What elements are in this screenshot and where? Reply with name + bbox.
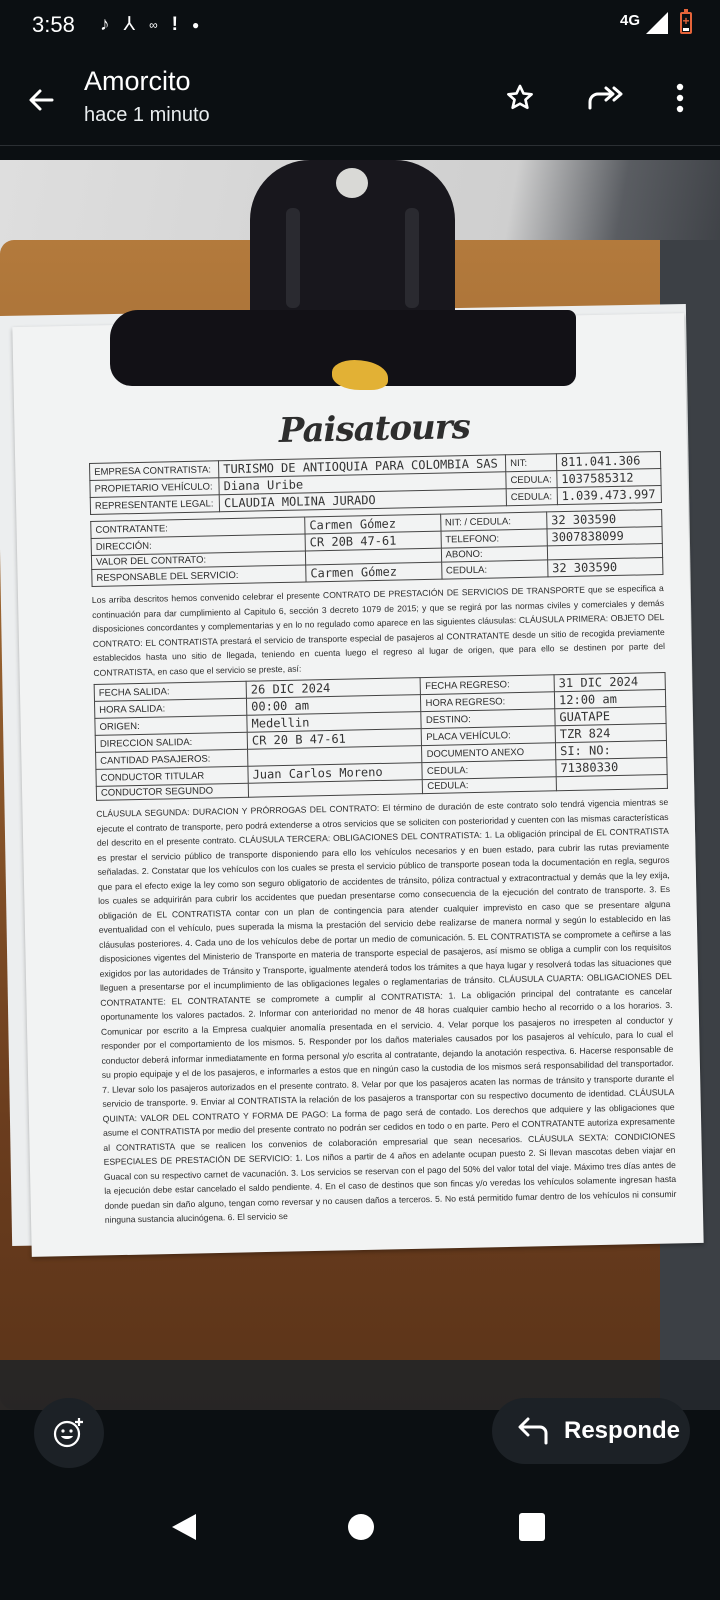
link-icon: ∞ [149, 12, 158, 38]
client-table: CONTRATANTE:Carmen GómezNIT: / CEDULA:32… [90, 509, 663, 587]
more-options-button[interactable] [660, 78, 700, 118]
form-value [556, 774, 667, 790]
battery-icon [680, 12, 692, 34]
notification-icons: ♪ ⅄ ∞ ! ● [100, 12, 199, 38]
add-reaction-icon [52, 1416, 86, 1450]
timestamp: hace 1 minuto [84, 104, 210, 127]
dot-icon: ● [192, 12, 199, 38]
media-viewer-header: Amorcito hace 1 minuto [0, 50, 720, 146]
trip-table: FECHA SALIDA:26 DIC 2024FECHA REGRESO:31… [94, 672, 668, 801]
acrobat-icon: ⅄ [124, 12, 136, 38]
form-label: CEDULA: [506, 488, 557, 506]
navigation-bar [0, 1500, 720, 1560]
signal-icon [646, 12, 668, 34]
form-value: 1.039.473.997 [557, 486, 662, 505]
company-table: EMPRESA CONTRATISTA:TURISMO DE ANTIOQUIA… [89, 451, 662, 515]
reply-button[interactable]: Responde [492, 1398, 690, 1464]
form-label: CEDULA: [423, 777, 557, 794]
reply-icon [516, 1417, 550, 1445]
nav-home-icon[interactable] [348, 1514, 374, 1540]
forward-icon [586, 82, 626, 114]
reply-label: Responde [564, 1417, 680, 1445]
more-vert-icon [674, 82, 686, 114]
back-button[interactable] [22, 80, 62, 120]
forward-button[interactable] [586, 78, 626, 118]
form-value: 811.041.306 [556, 452, 661, 471]
status-bar: 3:58 ♪ ⅄ ∞ ! ● 4G [0, 0, 720, 50]
alert-icon: ! [172, 12, 178, 38]
star-button[interactable] [500, 78, 540, 118]
status-right: 4G [620, 12, 692, 34]
clauses-text: CLÁUSULA SEGUNDA: DURACION Y PRÓRROGAS D… [96, 795, 677, 1227]
contract-document: Paisatours EMPRESA CONTRATISTA:TURISMO D… [88, 403, 677, 1227]
form-value: 1037585312 [557, 469, 662, 488]
network-label: 4G [620, 12, 640, 29]
form-label: CONDUCTOR SEGUNDO [96, 783, 248, 800]
form-label: REPRESENTANTE LEGAL: [90, 495, 219, 515]
intro-text: Los arriba descritos hemos convenido cel… [92, 581, 666, 680]
arrow-left-icon [22, 80, 62, 120]
add-reaction-button[interactable] [34, 1398, 104, 1468]
status-time: 3:58 [32, 12, 75, 38]
photo-viewer[interactable]: Paisatours EMPRESA CONTRATISTA:TURISMO D… [0, 160, 720, 1410]
form-label: NIT: [505, 454, 556, 472]
form-label: RESPONSABLE DEL SERVICIO: [92, 565, 306, 586]
star-icon [504, 82, 536, 114]
form-value: 32 303590 [547, 557, 662, 576]
nav-back-icon[interactable] [172, 1514, 196, 1540]
form-value: Carmen Gómez [306, 562, 442, 582]
nav-recents-icon[interactable] [519, 1513, 545, 1541]
form-value [248, 780, 423, 798]
tiktok-icon: ♪ [100, 12, 110, 38]
form-label: CEDULA: [441, 560, 548, 579]
form-label: CEDULA: [506, 471, 557, 489]
contact-name: Amorcito [84, 66, 191, 97]
